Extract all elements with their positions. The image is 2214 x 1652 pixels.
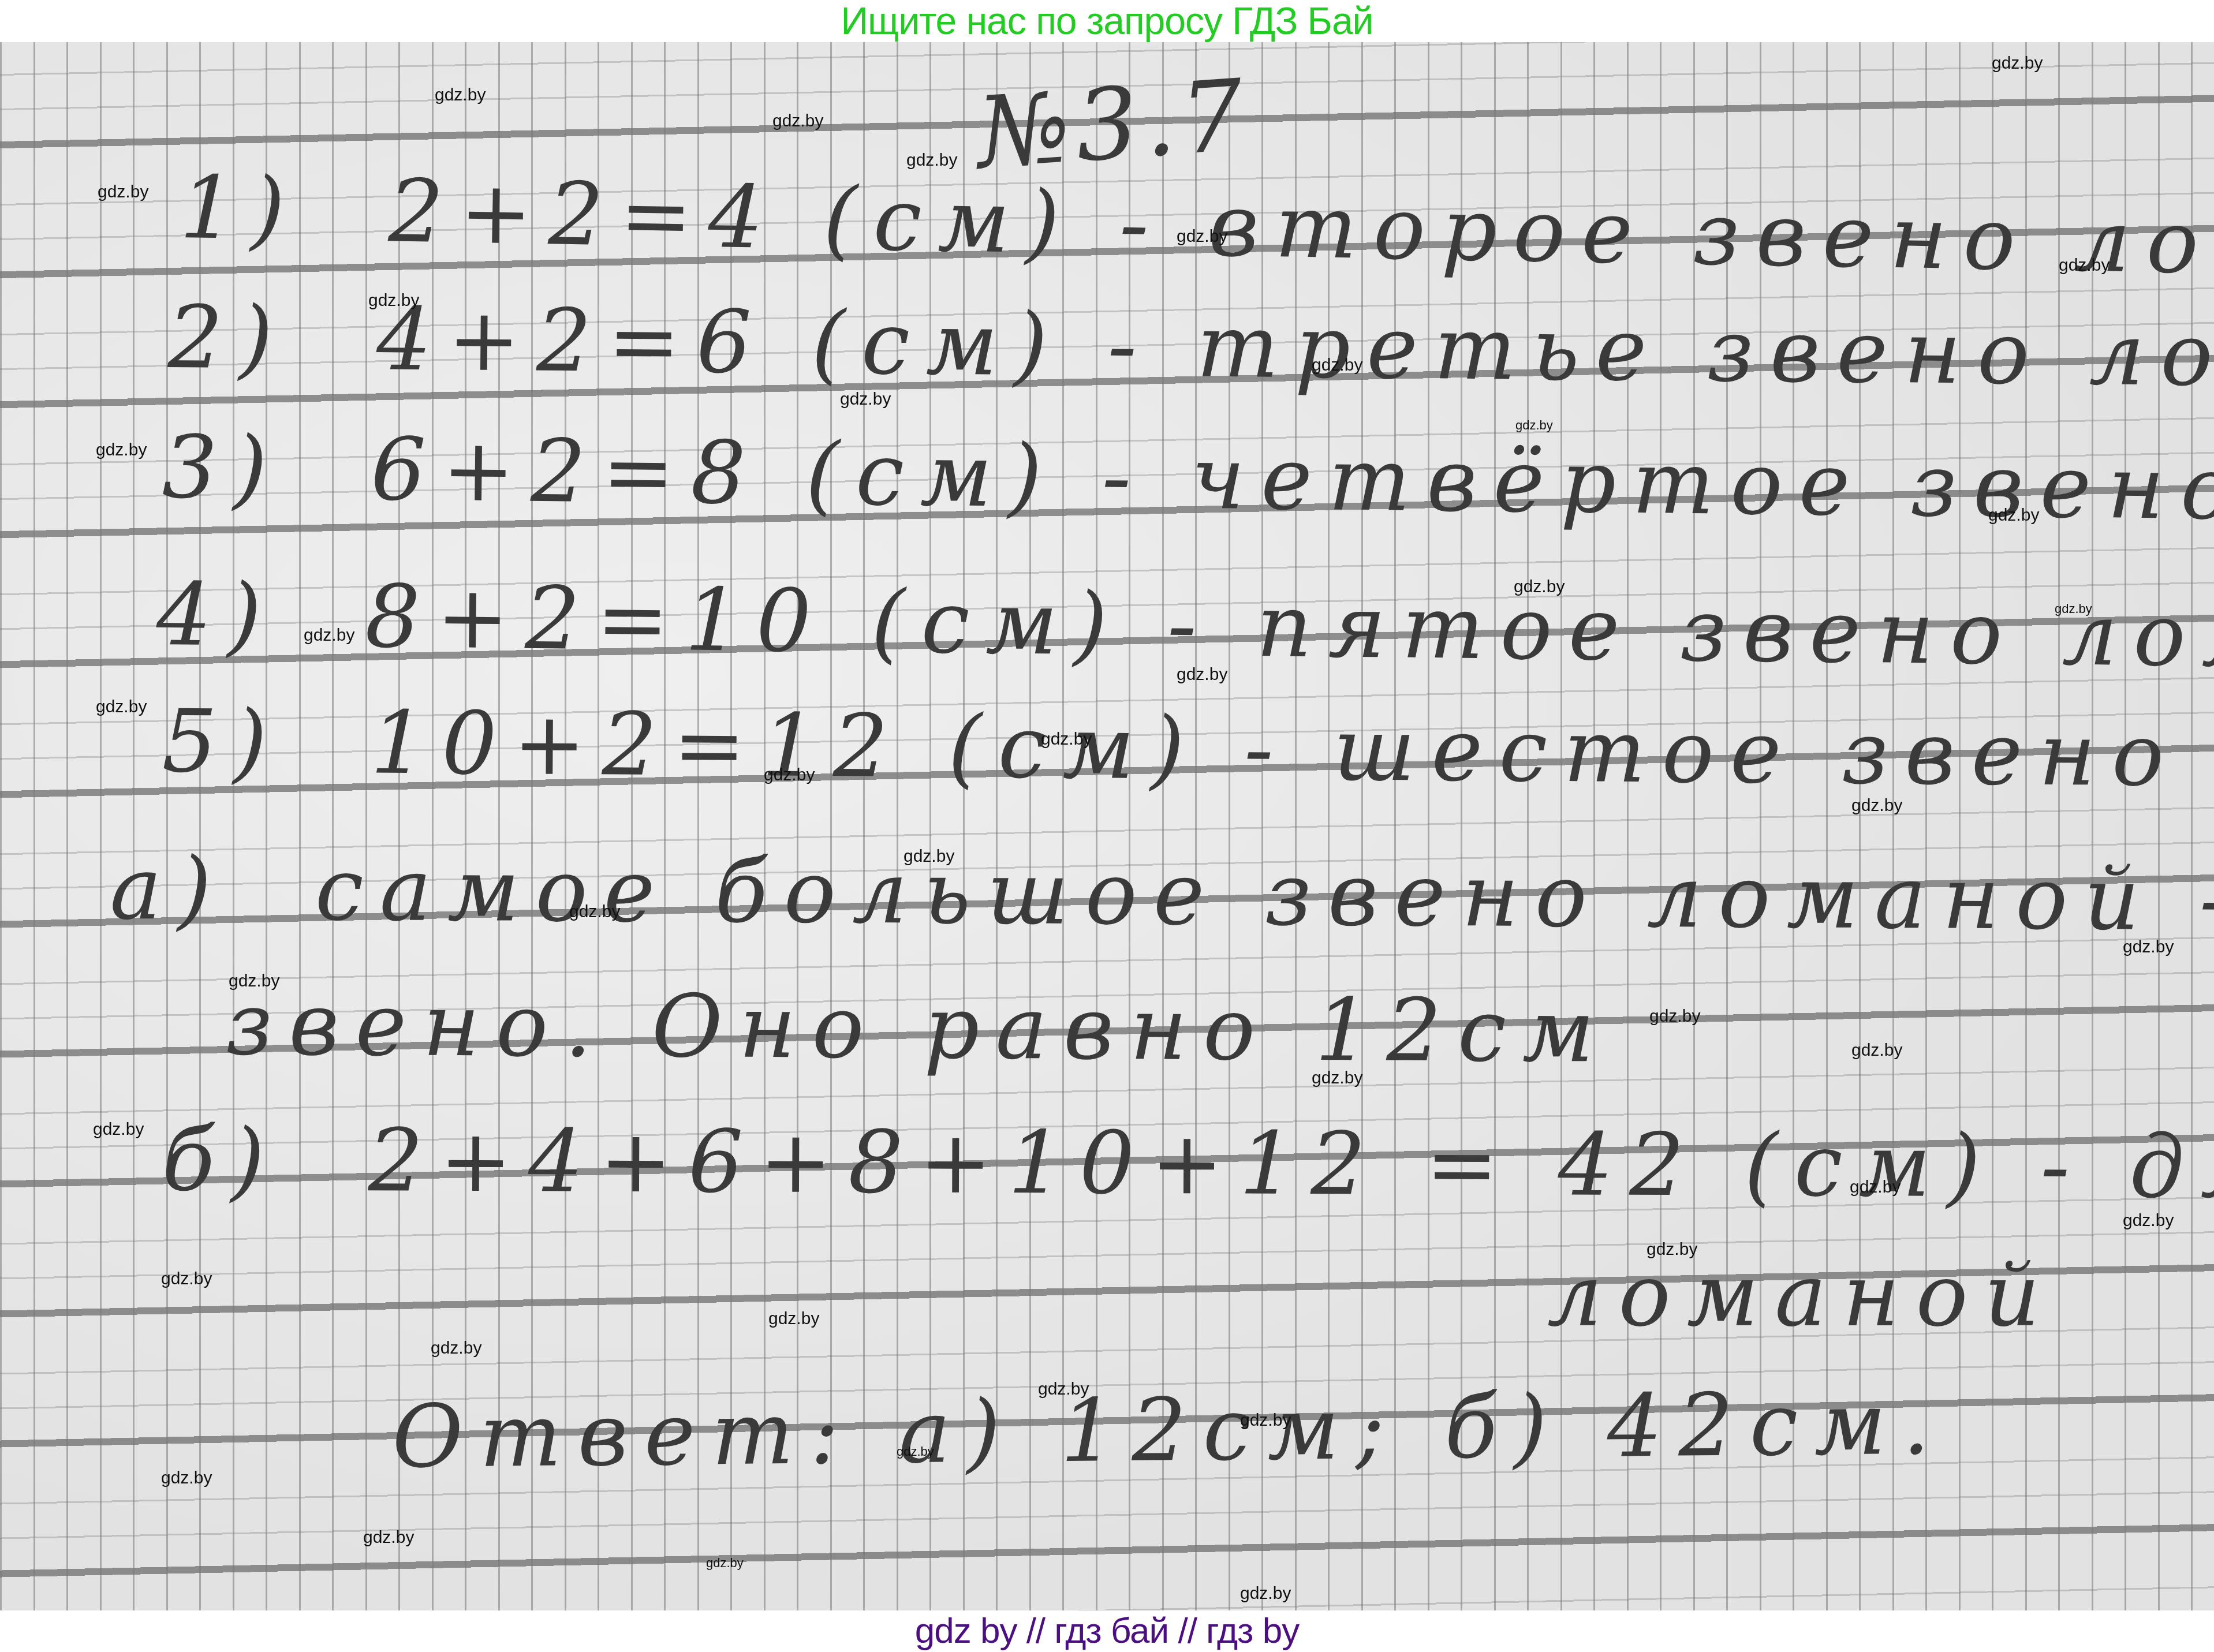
watermark-text: gdz.by	[1312, 356, 1362, 375]
line-text: 4+2=6 (см) - третье звено ломаной,	[376, 289, 2214, 409]
line-text: Ответ: а) 12см; б) 42см.	[391, 1374, 1946, 1487]
watermark-text: gdz.by	[1038, 1380, 1089, 1399]
footer-site-links: gdz by // гдз бай // гдз by	[915, 1610, 1299, 1652]
solution-line-2: 2) 4+2=6 (см) - третье звено ломаной,	[167, 287, 2214, 409]
watermark-text: gdz.by	[840, 390, 891, 409]
line-text: ломаной	[1547, 1246, 2056, 1346]
watermark-text: gdz.by	[768, 1309, 819, 1329]
watermark-text: gdz.by	[363, 1528, 414, 1548]
homework-photo: №3.7 1) 2+2=4 (см) - второе звено ломано…	[0, 42, 2214, 1610]
answer-a-line-2: звено. Оно равно 12см	[225, 974, 1611, 1082]
line-label: 3)	[162, 417, 284, 519]
answer-b-line-1: б) 2+4+6+8+10+12 = 42 (см) - длина всей	[162, 1110, 2214, 1220]
watermark-text: gdz.by	[1240, 1411, 1291, 1430]
footer-banner: gdz by // гдз бай // гдз by	[0, 1610, 2214, 1652]
watermark-text: gdz.by	[1177, 665, 1227, 685]
answer-b-line-2: ломаной	[1547, 1246, 2056, 1346]
watermark-text: gdz.by	[706, 1556, 744, 1571]
watermark-text: gdz.by	[1514, 577, 1565, 597]
line-text: 8+2=10 (см) - пятое звено ломаной,	[364, 567, 2214, 691]
watermark-text: gdz.by	[764, 765, 815, 785]
watermark-text: gdz.by	[2055, 601, 2092, 616]
watermark-text: gdz.by	[1851, 1041, 1902, 1060]
problem-number: №3.7	[973, 58, 1253, 191]
watermark-text: gdz.by	[1850, 1178, 1901, 1197]
watermark-text: gdz.by	[1515, 418, 1553, 433]
watermark-text: gdz.by	[906, 151, 957, 170]
watermark-text: gdz.by	[1240, 1584, 1291, 1604]
watermark-text: gdz.by	[1649, 1007, 1700, 1026]
line-label: а)	[110, 839, 228, 940]
watermark-text: gdz.by	[569, 902, 620, 922]
answer-a-line-1: а) самое большое звено ломаной - это шес…	[110, 839, 2214, 954]
line-text: 6+2=8 (см) - четвёртое звено ломаной,	[370, 420, 2214, 546]
line-text: 2+4+6+8+10+12 = 42 (см) - длина всей	[368, 1111, 2214, 1220]
watermark-text: gdz.by	[161, 1269, 212, 1289]
watermark-text: gdz.by	[1992, 54, 2043, 73]
header-search-hint: Ищите нас по запросу ГДЗ Бай	[841, 0, 1373, 42]
solution-line-5: 5) 10+2=12 (см) - шестое звено ломаной.	[162, 692, 2214, 810]
watermark-text: gdz.by	[2123, 1211, 2174, 1231]
line-text: 10+2=12 (см) - шестое звено ломаной.	[370, 693, 2214, 810]
watermark-text: gdz.by	[897, 1444, 934, 1459]
watermark-text: gdz.by	[304, 626, 354, 645]
watermark-text: gdz.by	[1312, 1068, 1362, 1088]
watermark-text: gdz.by	[903, 847, 954, 866]
header-banner: Ищите нас по запросу ГДЗ Бай	[0, 0, 2214, 42]
watermark-text: gdz.by	[772, 111, 823, 131]
line-label: б)	[162, 1110, 281, 1211]
watermark-text: gdz.by	[368, 291, 419, 311]
watermark-text: gdz.by	[1851, 796, 1902, 816]
final-answer: Ответ: а) 12см; б) 42см.	[391, 1374, 1946, 1487]
line-label: 4)	[156, 565, 278, 666]
line-label: 5)	[162, 692, 283, 793]
watermark-text: gdz.by	[431, 1339, 481, 1358]
watermark-text: gdz.by	[98, 182, 148, 202]
line-text: звено. Оно равно 12см	[225, 974, 1611, 1082]
watermark-text: gdz.by	[435, 85, 486, 105]
watermark-text: gdz.by	[1177, 227, 1227, 246]
line-label: 2)	[167, 287, 289, 389]
watermark-text: gdz.by	[2059, 256, 2110, 275]
watermark-text: gdz.by	[2123, 937, 2174, 957]
watermark-text: gdz.by	[93, 1120, 144, 1139]
line-text: самое большое звено ломаной - это шестое	[315, 840, 2214, 955]
watermark-text: gdz.by	[1988, 506, 2039, 525]
watermark-text: gdz.by	[1041, 730, 1092, 749]
line-label: 1)	[179, 158, 302, 260]
watermark-text: gdz.by	[96, 697, 147, 717]
watermark-text: gdz.by	[96, 440, 147, 460]
solution-line-3: 3) 6+2=8 (см) - четвёртое звено ломаной,	[162, 417, 2214, 546]
watermark-text: gdz.by	[229, 971, 279, 991]
watermark-text: gdz.by	[161, 1468, 212, 1488]
watermark-text: gdz.by	[1647, 1240, 1697, 1259]
line-text: 2+2=4 (см) - второе звено ломаной,	[387, 161, 2214, 301]
